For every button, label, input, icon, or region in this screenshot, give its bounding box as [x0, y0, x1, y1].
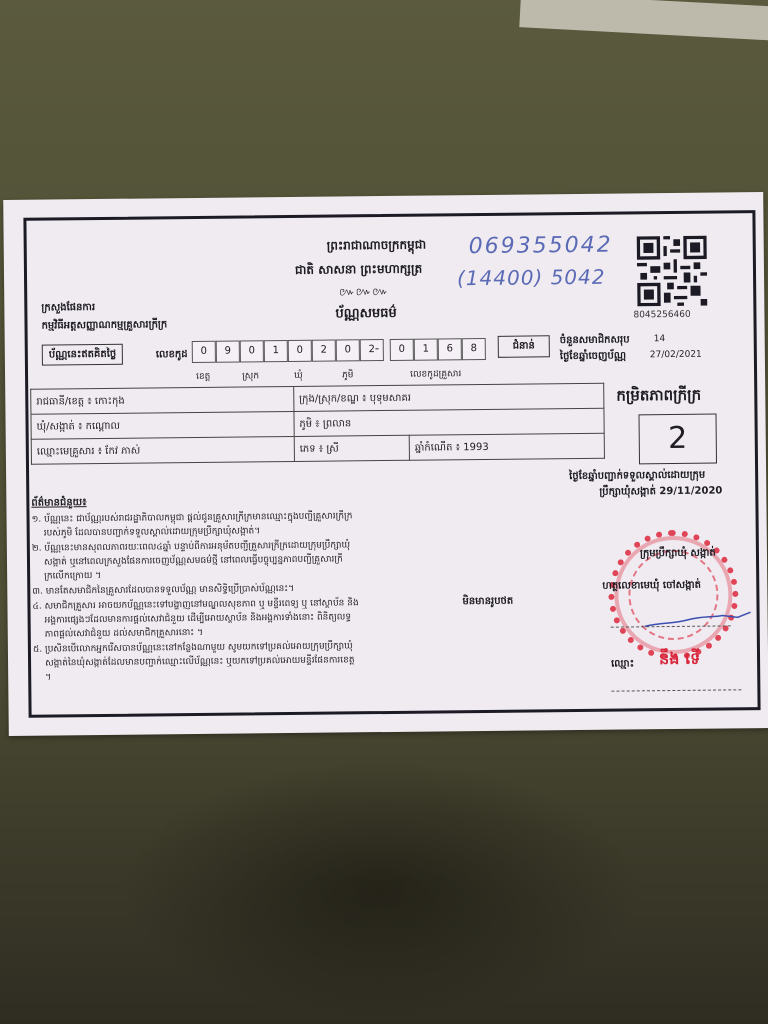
note-item: ១. ប័ណ្ណនេះ ជាប័ណ្ណរបស់រាជរដ្ឋាភិបាលកម្ព…	[31, 509, 361, 540]
household-info-table: រាជធានី/ខេត្ត ៖ កោះកុង ក្រុង/ស្រុក/ខណ្ឌ …	[30, 383, 605, 465]
no-photo-label: មិនមានរូបថត	[462, 594, 513, 610]
code-digit: 0	[390, 339, 414, 361]
code-digit: 8	[462, 338, 486, 360]
code-sublabel-household: លេខកូដគ្រួសារ	[410, 368, 461, 382]
level-box: ជំនាន់	[498, 335, 550, 358]
code-digit: 1	[414, 338, 438, 360]
confirm-label: ថ្ងៃខែឆ្នាំបញ្ជាក់ទទួលស្គាល់ដោយក្រុម	[569, 468, 705, 484]
district-cell: ក្រុង/ស្រុក/ខណ្ឌ ៖ បុទុមសាគរ	[294, 383, 604, 411]
code-sublabel-province: ខេត្ត	[196, 371, 210, 384]
note-item: ៤. សមាជិកគ្រួសារ អាចយកប័ណ្ណនេះទៅបង្ហាញនៅ…	[32, 596, 362, 641]
code-digit: 0	[192, 341, 216, 363]
commune-cell: ឃុំ/សង្កាត់ ៖ កណ្តោល	[31, 411, 294, 439]
confirm-date: ប្រឹក្សាឃុំសង្កាត់ 29/11/2020	[599, 483, 722, 499]
members-value: 14	[654, 334, 666, 344]
members-label: ចំនួនសមាជិកសរុប	[560, 332, 630, 348]
code-sublabel-district: ស្រុក	[242, 370, 259, 383]
code-digit: 0	[240, 340, 264, 362]
name-line	[611, 689, 741, 691]
note-item: ២. ប័ណ្ណនេះមានសុពលភាពរយៈពេល៤ឆ្នាំ បន្ទាប…	[32, 538, 362, 583]
notes-heading: ព័ត៌មានជំនួយ៖	[31, 493, 361, 510]
photo-shadow	[120, 760, 640, 1020]
card-frame: ព្រះរាជាណាចក្រកម្ពុជា ជាតិ សាសនា ព្រះមហា…	[23, 210, 760, 718]
issue-date-value: 27/02/2021	[650, 350, 702, 361]
background-paper	[519, 0, 768, 41]
poverty-level-title: កម្រិតភាពក្រីក្រ	[616, 386, 701, 409]
code-digit: 2	[360, 339, 384, 361]
poverty-level-value: 2	[638, 414, 717, 465]
code-digit: 2	[312, 340, 336, 362]
qr-number: 8045256460	[633, 310, 690, 321]
name-label: ឈ្មោះ	[611, 656, 634, 671]
signature-label: ហត្ថលេខាមេឃុំ ចៅសង្កាត់	[602, 578, 701, 594]
code-digit: 1	[264, 340, 288, 362]
ministry: ក្រសួងផែនការ	[41, 300, 95, 316]
province-cell: រាជធានី/ខេត្ត ៖ កោះកុង	[31, 386, 294, 414]
code-digit: 9	[216, 341, 240, 363]
note-item: ៥. ប្រសិនបើលោកអ្នករើសបានប័ណ្ណនេះនៅកន្លែង…	[33, 639, 363, 684]
card-title: ប័ណ្ណសមធម៌	[335, 305, 396, 325]
national-motto: ជាតិ សាសនា ព្រះមហាក្សត្រ	[295, 261, 422, 280]
code-digit: 0	[336, 339, 360, 361]
signer-name: នឹង ទើ	[659, 648, 700, 672]
code-label: លេខកូដ	[156, 347, 188, 362]
card-type-label: ប័ណ្ណនេះឥតគិតថ្លៃ	[42, 344, 124, 366]
code-sublabel-commune: ឃុំ	[294, 370, 303, 383]
birth-year-cell: ឆ្នាំកំណើត ៖ 1993	[409, 433, 604, 460]
stamp-text: ក្រុមប្រឹក្សាឃុំ សង្កាត់	[640, 546, 716, 562]
ornament: ៚៚៚	[339, 285, 389, 302]
code-digit: 6	[438, 338, 462, 360]
head-name-cell: ឈ្មោះមេគ្រួសារ ៖ កែវ ភាស់	[31, 436, 294, 464]
kingdom-header: ព្រះរាជាណាចក្រកម្ពុជា	[327, 237, 427, 256]
handwritten-note: (14400) 5042	[457, 265, 606, 291]
handwritten-phone: 069355042	[469, 233, 613, 260]
sex-cell: ភេទ ៖ ស្រី	[294, 435, 409, 461]
notes-section: ព័ត៌មានជំនួយ៖ ១. ប័ណ្ណនេះ ជាប័ណ្ណរបស់រាជ…	[31, 493, 363, 685]
qr-code-icon	[637, 236, 708, 307]
program-name: កម្មវិធីអត្តសញ្ញាណកម្មគ្រួសារក្រីក្រ	[41, 317, 167, 333]
equity-card: ព្រះរាជាណាចក្រកម្ពុជា ជាតិ សាសនា ព្រះមហា…	[3, 192, 768, 736]
village-cell: ភូមិ ៖ ព្រលាន	[294, 408, 604, 436]
code-digit: 0	[288, 340, 312, 362]
issue-date-label: ថ្ងៃខែឆ្នាំចេញប័ណ្ណ	[560, 348, 626, 364]
code-sublabel-village: ភូមិ	[342, 369, 354, 382]
code-separator: -	[375, 341, 379, 355]
